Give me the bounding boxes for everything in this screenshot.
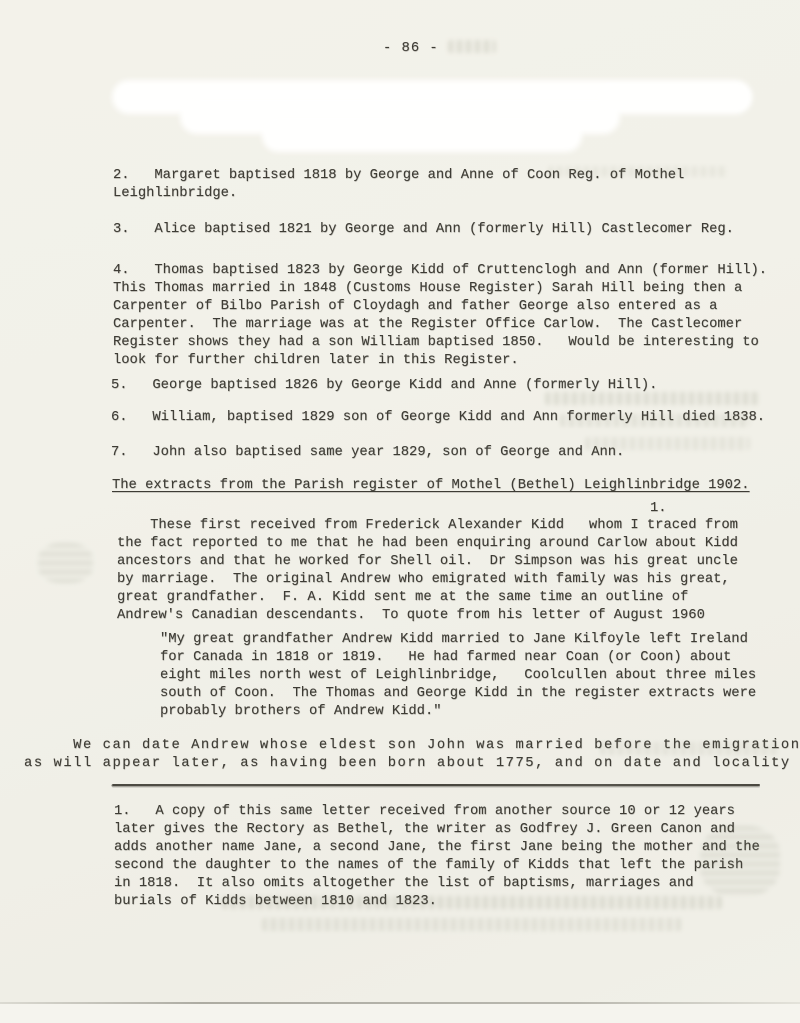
intro-paragraph: These first received from Frederick Alex… [117,517,738,625]
bleed-through-smudge [38,543,93,583]
scan-bottom-strip [0,1004,800,1023]
bleed-through-smudge [262,918,682,931]
bleed-through-smudge [585,437,750,450]
footnote-text: 1. A copy of this same letter received f… [114,803,760,911]
register-entry-4: 4. Thomas baptised 1823 by George Kidd o… [113,262,767,370]
register-entry-7: 7. John also baptised same year 1829, so… [111,444,624,462]
bleed-through-smudge [560,414,750,427]
section-heading: The extracts from the Parish register of… [112,477,750,495]
bleed-through-smudge [548,166,728,177]
bleed-through-smudge [222,896,722,909]
letter-quote: "My great grandfather Andrew Kidd marrie… [160,631,756,721]
register-entry-3: 3. Alice baptised 1821 by George and Ann… [113,221,734,239]
bleed-through-smudge [448,40,496,53]
scanned-document-page: - 86 - 2. Margaret baptised 1818 by Geor… [0,0,800,1023]
footnote-reference-marker: 1. [650,500,667,518]
bleed-through-smudge [545,392,760,405]
bleed-through-smudge [600,742,780,755]
whiteout-blob [262,118,582,152]
whiteout-blob [598,84,750,110]
footnote-separator-rule [112,784,760,786]
page-number: - 86 - [383,40,439,58]
bleed-through-smudge [700,826,780,896]
